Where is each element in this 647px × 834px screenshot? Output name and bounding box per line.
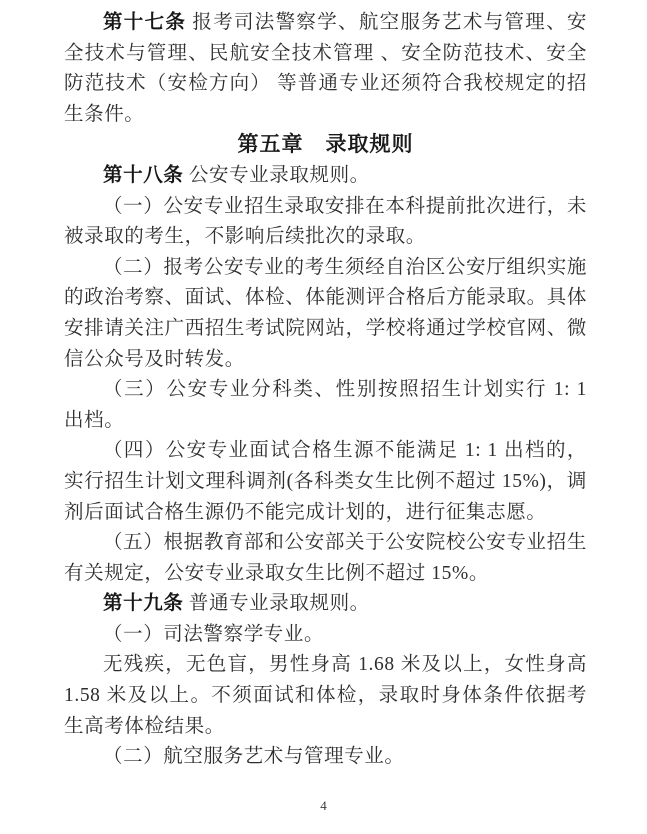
article-19-text: 普通专业录取规则。 — [183, 593, 369, 614]
document-page: 第十七条 报考司法警察学、航空服务艺术与管理、安全技术与管理、民航安全技术管理 … — [0, 0, 647, 834]
article-19-paragraph: 第十九条 普通专业录取规则。 — [64, 589, 587, 620]
article-18-item-1: （一）公安专业招生录取安排在本科提前批次进行，未被录取的考生，不影响后续批次的录… — [64, 192, 587, 253]
article-19-number: 第十九条 — [103, 593, 183, 614]
article-18-number: 第十八条 — [103, 165, 183, 186]
article-18-item-4: （四）公安专业面试合格生源不能满足 1: 1 出档的，实行招生计划文理科调剂(各… — [64, 436, 587, 528]
article-19-item-1: （一）司法警察学专业。 — [64, 620, 587, 651]
article-18-paragraph: 第十八条 公安专业录取规则。 — [64, 161, 587, 192]
article-18-item-5: （五）根据教育部和公安部关于公安院校公安专业招生有关规定，公安专业录取女生比例不… — [64, 528, 587, 589]
document-body: 第十七条 报考司法警察学、航空服务艺术与管理、安全技术与管理、民航安全技术管理 … — [64, 8, 587, 773]
article-17-paragraph: 第十七条 报考司法警察学、航空服务艺术与管理、安全技术与管理、民航安全技术管理 … — [64, 8, 587, 130]
article-19-item-3: （二）航空服务艺术与管理专业。 — [64, 742, 587, 773]
page-number: 4 — [0, 798, 647, 814]
article-19-item-2: 无残疾，无色盲，男性身高 1.68 米及以上，女性身高 1.58 米及以上。不须… — [64, 650, 587, 742]
article-18-item-2: （二）报考公安专业的考生须经自治区公安厅组织实施的政治考察、面试、体检、体能测评… — [64, 253, 587, 375]
chapter-5-heading: 第五章 录取规则 — [64, 130, 587, 161]
article-17-number: 第十七条 — [103, 12, 186, 33]
article-18-item-3: （三）公安专业分科类、性别按照招生计划实行 1: 1 出档。 — [64, 375, 587, 436]
article-18-text: 公安专业录取规则。 — [183, 165, 369, 186]
